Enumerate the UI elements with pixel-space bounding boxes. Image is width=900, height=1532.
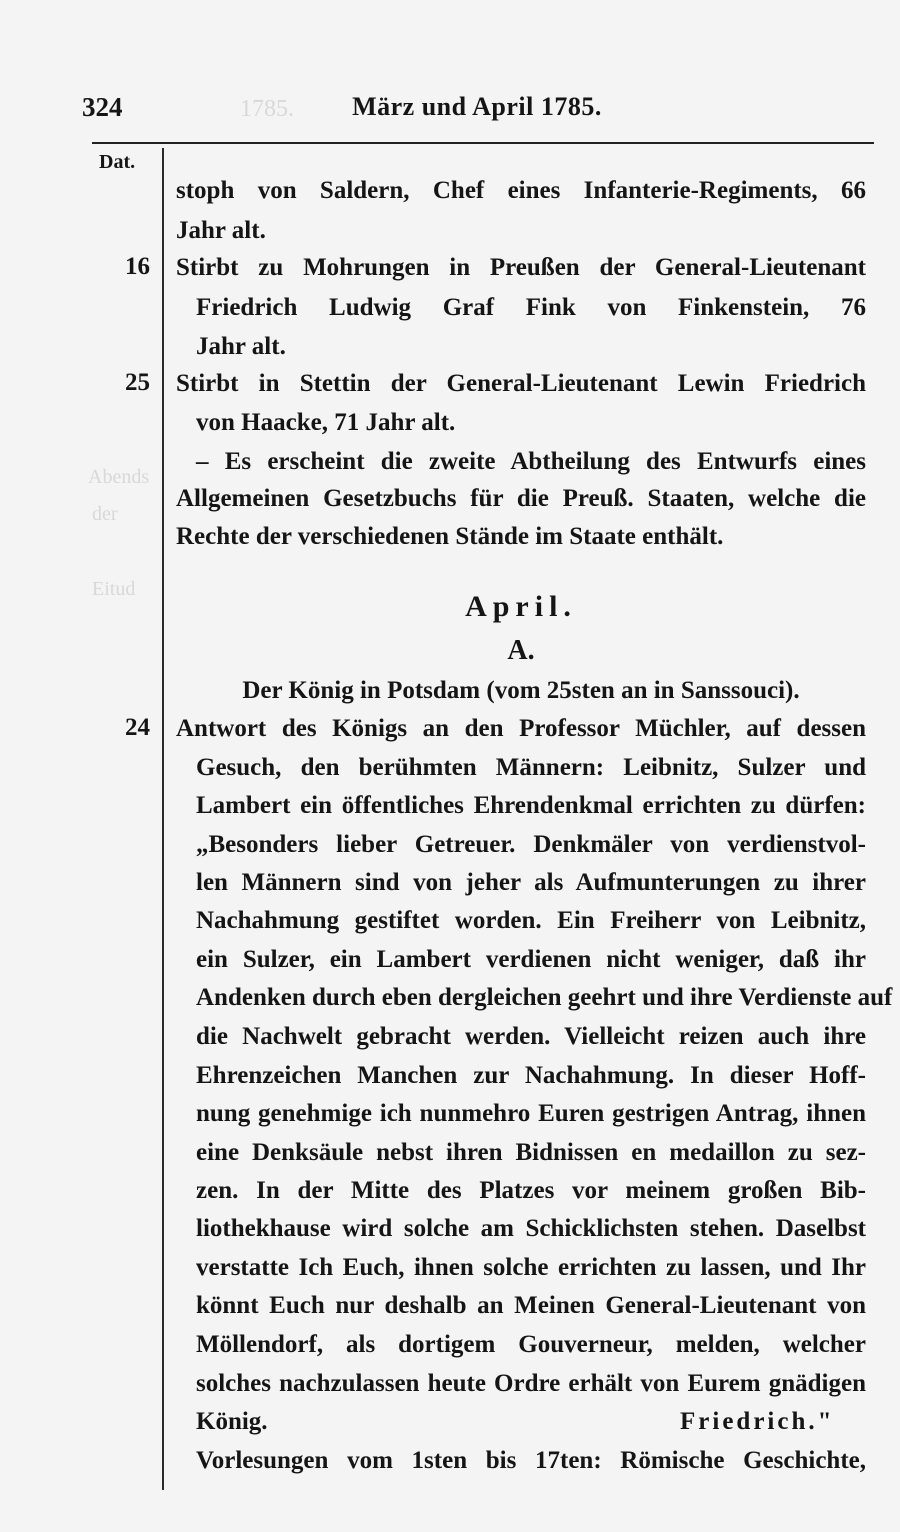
letter-line: solches nachzulassen heute Ordre erhält … [196,1369,866,1399]
page-header: 324 März und April 1785. [82,92,872,132]
text-line: Jahr alt. [196,332,866,362]
text-line: von Haacke, 71 Jahr alt. [196,408,866,438]
letter-line: Möllendorf, als dortigem Gouverneur, mel… [196,1330,866,1360]
entry-date: 24 [100,714,150,742]
location-line: Der König in Potsdam (vom 25sten an in S… [176,676,866,706]
text-line: Lambert ein öffentliches Ehrendenkmal er… [196,791,866,821]
letter-line: zen. In der Mitte des Platzes vor meinem… [196,1176,866,1206]
text-line: Antwort des Königs an den Professor Müch… [176,714,866,744]
sub-heading: A. [176,636,866,666]
text-line: Gesuch, den berühmten Männern: Leibnitz,… [196,753,866,783]
text-line: Friedrich Ludwig Graf Fink von Finkenste… [196,293,866,323]
text-line: Vorlesungen vom 1sten bis 17ten: Römisch… [196,1446,866,1476]
letter-line: könnt Euch nur deshalb an Meinen General… [196,1291,866,1321]
text-line: stoph von Saldern, Chef eines Infanterie… [176,176,866,206]
bleed-through-margin: Abends [88,466,149,489]
header-rule [92,142,874,144]
entry-date: 25 [100,369,150,397]
date-column-rule [162,148,164,1490]
letter-line: liothekhause wird solche am Schicklichst… [196,1214,866,1244]
month-heading: April. [176,592,866,622]
text-line: Allgemeinen Gesetzbuchs für die Preuß. S… [176,484,866,514]
letter-line: Ehrenzeichen Manchen zur Nachahmung. In … [196,1061,866,1091]
letter-closing: König. [196,1407,396,1437]
document-page: 1785. Abends der Eitud 324 März und Apri… [0,0,900,1532]
text-line: Stirbt zu Mohrungen in Preußen der Gener… [176,253,866,283]
letter-line: „Besonders lieber Getreuer. Denkmäler vo… [196,830,866,860]
letter-line: ein Sulzer, ein Lambert verdienen nicht … [196,945,866,975]
letter-line: nung genehmige ich nunmehro Euren gestri… [196,1099,866,1129]
entry-date: 16 [100,253,150,281]
letter-line: Andenken durch eben dergleichen geehrt u… [196,983,866,1013]
letter-line: Nachahmung gestiftet worden. Ein Freiher… [196,906,866,936]
text-line: Stirbt in Stettin der General-Lieutenant… [176,369,866,399]
date-column-label: Dat. [99,151,135,174]
text-line: – Es erscheint die zweite Abtheilung des… [196,447,866,477]
bleed-through-margin: Eitud [92,578,135,601]
letter-line: die Nachwelt gebracht werden. Vielleicht… [196,1022,866,1052]
letter-line: len Männern sind von jeher als Aufmunter… [196,868,866,898]
letter-line: verstatte Ich Euch, ihnen solche erricht… [196,1253,866,1283]
letter-line: eine Denksäule nebst ihren Bidnissen en … [196,1138,866,1168]
text-line: Rechte der verschiedenen Stände im Staat… [176,522,866,552]
letter-signature: Friedrich." [680,1407,870,1437]
bleed-through-margin: der [92,503,118,526]
text-line: Jahr alt. [176,216,866,246]
running-title: März und April 1785. [82,92,872,122]
